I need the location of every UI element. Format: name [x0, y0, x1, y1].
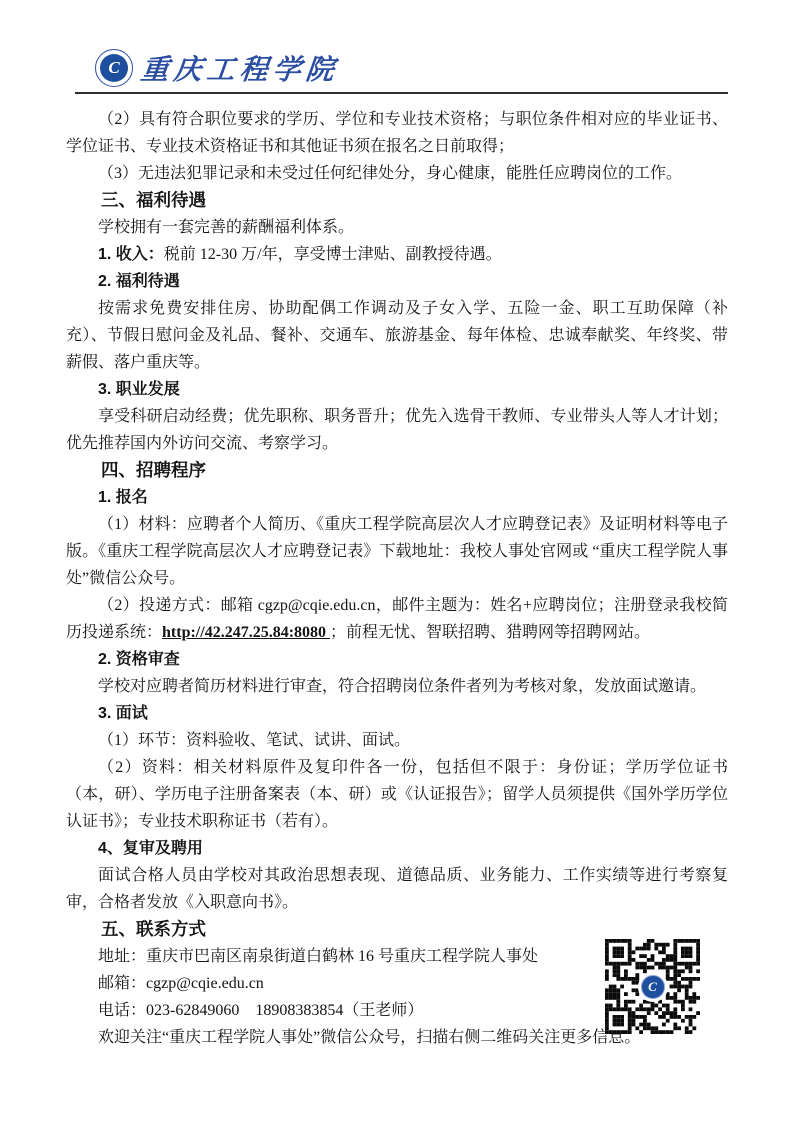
text-segment: 3. 面试 — [98, 705, 148, 722]
text-segment: 2. 资格审查 — [98, 651, 180, 668]
text-segment: 享受科研启动经费；优先职称、职务晋升；优先入选骨干教师、专业带头人等人才计划；优… — [66, 408, 728, 452]
qr-center-letter: C — [641, 975, 665, 999]
text-segment: 欢迎关注“重庆工程学院人事处”微信公众号，扫描右侧二维码关注更多信息。 — [98, 1029, 640, 1046]
school-logo: C 重庆工程学院 — [75, 47, 728, 89]
text-segment: 邮箱：cgzp@cqie.edu.cn — [98, 975, 264, 992]
text-segment: （3）无违法犯罪记录和未受过任何纪律处分，身心健康，能胜任应聘岗位的工作。 — [98, 165, 682, 182]
qr-center-logo-icon: C — [638, 972, 668, 1002]
paragraph: （2）具有符合职位要求的学历、学位和专业技术资格；与职位条件相对应的毕业证书、学… — [66, 106, 728, 160]
text-segment: 3. 职业发展 — [98, 381, 180, 398]
emblem-letter: C — [100, 54, 128, 82]
paragraph: 享受科研启动经费；优先职称、职务晋升；优先入选骨干教师、专业带头人等人才计划；优… — [66, 403, 728, 457]
section-heading: 三、福利待遇 — [66, 187, 728, 214]
sub-heading: 2. 资格审查 — [66, 646, 728, 673]
text-segment: 4、复审及聘用 — [98, 840, 203, 857]
sub-heading: 4、复审及聘用 — [66, 835, 728, 862]
paragraph: （1）材料：应聘者个人简历、《重庆工程学院高层次人才应聘登记表》及证明材料等电子… — [66, 511, 728, 592]
text-segment: 面试合格人员由学校对其政治思想表现、道德品质、业务能力、工作实绩等进行考察复审，… — [66, 867, 728, 911]
sub-heading: 2. 福利待遇 — [66, 268, 728, 295]
paragraph: （1）环节：资料验收、笔试、试讲、面试。 — [66, 727, 728, 754]
paragraph: 按需求免费安排住房、协助配偶工作调动及子女入学、五险一金、职工互助保障（补充）、… — [66, 295, 728, 376]
text-segment: 按需求免费安排住房、协助配偶工作调动及子女入学、五险一金、职工互助保障（补充）、… — [66, 300, 728, 371]
paragraph: （2）投递方式：邮箱 cgzp@cqie.edu.cn，邮件主题为：姓名+应聘岗… — [66, 592, 728, 646]
paragraph: 学校拥有一套完善的薪酬福利体系。 — [66, 214, 728, 241]
text-segment: （2）资料：相关材料原件及复印件各一份，包括但不限于：身份证；学历学位证书（本，… — [66, 759, 728, 830]
text-segment: 1. 报名 — [98, 489, 148, 506]
application-system-url[interactable]: http://42.247.25.84:8080 — [162, 624, 330, 641]
text-segment: 电话：023-62849060 18908383854（王老师） — [98, 1002, 423, 1019]
school-name: 重庆工程学院 — [139, 48, 341, 88]
school-emblem-icon: C — [95, 49, 133, 87]
text-segment: 五、联系方式 — [101, 919, 206, 939]
text-segment: （1）环节：资料验收、笔试、试讲、面试。 — [98, 732, 410, 749]
document-page: C 重庆工程学院 （2）具有符合职位要求的学历、学位和专业技术资格；与职位条件相… — [0, 0, 793, 1122]
text-segment: 学校对应聘者简历材料进行审查，符合招聘岗位条件者列为考核对象，发放面试邀请。 — [98, 678, 706, 695]
text-segment: 2. 福利待遇 — [98, 273, 180, 290]
sub-heading: 1. 报名 — [66, 484, 728, 511]
text-segment: ；前程无忧、智联招聘、猎聘网等招聘网站。 — [330, 624, 650, 641]
text-segment: 地址：重庆市巴南区南泉街道白鹤林 16 号重庆工程学院人事处 — [98, 948, 538, 965]
paragraph: （3）无违法犯罪记录和未受过任何纪律处分，身心健康，能胜任应聘岗位的工作。 — [66, 160, 728, 187]
text-segment: （2）具有符合职位要求的学历、学位和专业技术资格；与职位条件相对应的毕业证书、学… — [66, 111, 728, 155]
paragraph: （2）资料：相关材料原件及复印件各一份，包括但不限于：身份证；学历学位证书（本，… — [66, 754, 728, 835]
text-segment: （1）材料：应聘者个人简历、《重庆工程学院高层次人才应聘登记表》及证明材料等电子… — [66, 516, 728, 587]
paragraph: 学校对应聘者简历材料进行审查，符合招聘岗位条件者列为考核对象，发放面试邀请。 — [66, 673, 728, 700]
document-body: （2）具有符合职位要求的学历、学位和专业技术资格；与职位条件相对应的毕业证书、学… — [66, 94, 728, 1051]
text-segment: 三、福利待遇 — [101, 190, 206, 210]
section-heading: 四、招聘程序 — [66, 457, 728, 484]
page-header: C 重庆工程学院 — [75, 0, 728, 94]
main-paragraphs: （2）具有符合职位要求的学历、学位和专业技术资格；与职位条件相对应的毕业证书、学… — [66, 106, 728, 943]
wechat-qr-code: C — [605, 939, 700, 1034]
text-segment: 学校拥有一套完善的薪酬福利体系。 — [98, 219, 354, 236]
text-segment: 四、招聘程序 — [101, 460, 206, 480]
text-segment: 税前 12-30 万/年，享受博士津贴、副教授待遇。 — [164, 246, 502, 263]
sub-heading: 3. 职业发展 — [66, 376, 728, 403]
paragraph: 面试合格人员由学校对其政治思想表现、道德品质、业务能力、工作实绩等进行考察复审，… — [66, 862, 728, 916]
sub-heading: 3. 面试 — [66, 700, 728, 727]
paragraph: 1. 收入：税前 12-30 万/年，享受博士津贴、副教授待遇。 — [66, 241, 728, 268]
text-segment: 1. 收入： — [98, 246, 164, 263]
contact-block: 地址：重庆市巴南区南泉街道白鹤林 16 号重庆工程学院人事处邮箱：cgzp@cq… — [66, 943, 728, 1024]
